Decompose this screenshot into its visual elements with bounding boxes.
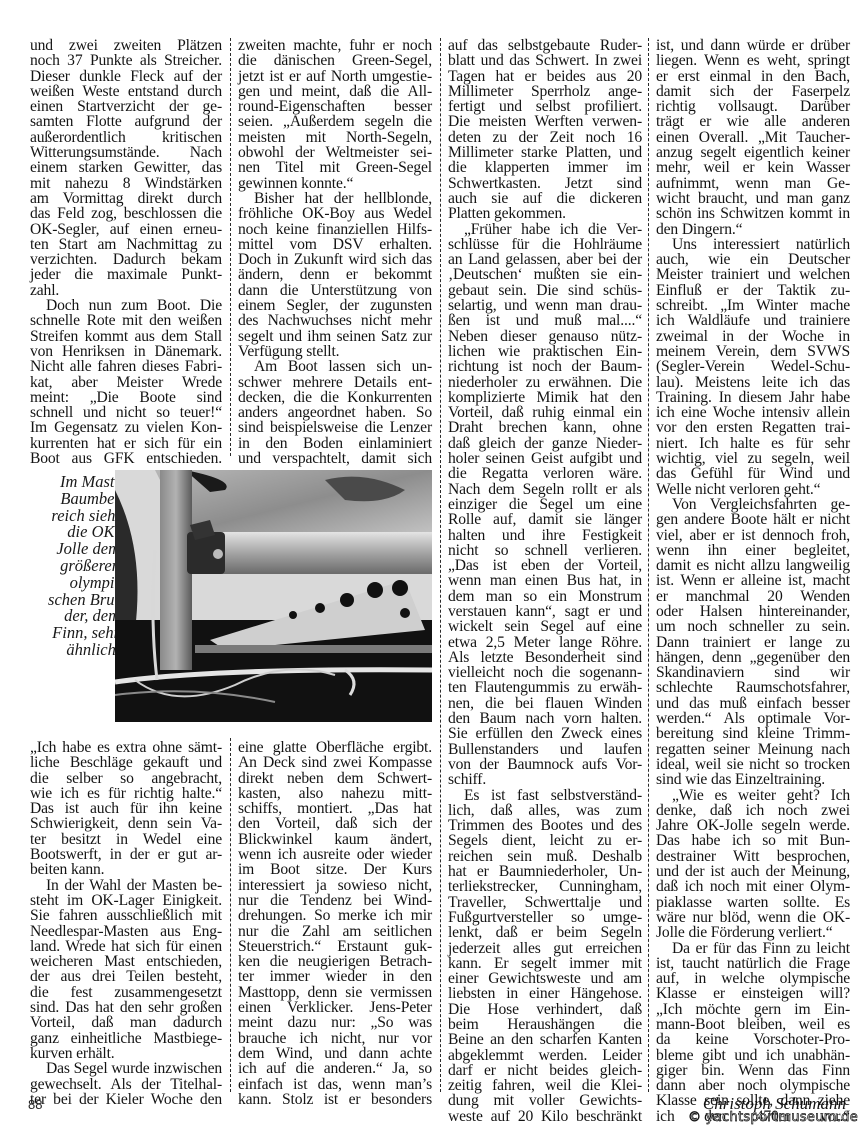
text-line: einem Segler, der zugunsten	[238, 298, 432, 313]
text-line: trägt er wie alle anderen	[656, 114, 850, 129]
text-line: ist. Wenn er alleine ist, macht	[656, 573, 850, 588]
text-line: nicht so schnell verlieren.	[448, 543, 642, 558]
text-line: kurrenten hat er sich für ein	[30, 436, 222, 451]
text-line: Verfügung stellt.	[238, 344, 432, 359]
text-line: Masttopp, denn sie vermissen	[238, 985, 432, 1000]
text-line: Schwierigkeit, denn sein Va-	[30, 816, 222, 831]
text-line: einen Startverzicht der ge-	[30, 99, 222, 114]
text-line: In der Wahl der Masten be-	[30, 878, 222, 893]
article-column-2-top: zweiten machte, fuhr er nochdie dänische…	[238, 38, 432, 466]
text-line: Fußgurtversteller so umge-	[448, 910, 642, 925]
text-line: wenn man einen Bus hat, in	[448, 573, 642, 588]
text-line: da keine Vorschoter-Pro-	[656, 1032, 850, 1047]
text-line: anzug segelt eigentlich keiner	[656, 145, 850, 160]
text-line: piaklasse warten sollte. Es	[656, 895, 850, 910]
text-line: wäre nur blöd, wenn die OK-	[656, 910, 850, 925]
text-line: Skandinaviern sind wir	[656, 665, 850, 680]
text-line: dung mit voller Gewichts-	[448, 1093, 642, 1108]
text-line: die klapperten immer im	[448, 160, 642, 175]
text-line: zeitig fahren, weil die Klei-	[448, 1078, 642, 1093]
text-line: auch, wie ein Deutscher	[656, 252, 850, 267]
text-line: oder Halsen hintereinander,	[656, 604, 850, 619]
text-line: Das habe ich so mit Bun-	[656, 833, 850, 848]
text-line: Needlespar-Masten aus Eng-	[30, 924, 222, 939]
text-line: auch sie auf die dickeren	[448, 191, 642, 206]
text-line: kann. Er segelt immer mit	[448, 956, 642, 971]
text-line: mit nahezu 8 Windstärken	[30, 176, 222, 191]
text-line: verzichten. Dadurch bekam	[30, 252, 222, 267]
text-line: schiff.	[448, 772, 642, 787]
text-line: einen Overall. „Mit Taucher-	[656, 130, 850, 145]
text-line: brauche ich nicht, nur vor	[238, 1031, 432, 1046]
text-line: niert. Ich halte es für sehr	[656, 436, 850, 451]
text-line: Die meisten Werften verwen-	[448, 114, 642, 129]
text-line: Schwertkasten. Jetzt sind	[448, 176, 642, 191]
text-line: bereitung sind kleine Trimm-	[656, 726, 850, 741]
text-line: Segels dient, leicht zu er-	[448, 833, 642, 848]
text-line: Von Vergleichsfahrten ge-	[656, 497, 850, 512]
text-line: Bisher hat der hellblonde,	[238, 191, 432, 206]
text-line: schnell und nicht so teuer!“	[30, 405, 222, 420]
text-line: im Boot sitze. Der Kurs	[238, 862, 432, 877]
boat-fitting-photo-illustration	[115, 470, 432, 722]
text-line: terliekstrecker, Cunningham,	[448, 879, 642, 894]
text-line: Dann trainiert er lange zu	[656, 635, 850, 650]
text-line: meinem Verein, dem SVWS	[656, 344, 850, 359]
text-line: wenn ich ausreite oder wieder	[238, 847, 432, 862]
text-line: den Dingern.“	[656, 222, 850, 237]
text-line: die fest zusammengesetzt	[30, 985, 222, 1000]
text-line: ter bei der Kieler Woche den	[30, 1092, 222, 1107]
text-line: daß gleich der ganze Nieder-	[448, 436, 642, 451]
text-line: drehungen. So merke ich mir	[238, 908, 432, 923]
text-line: Bootswerft, in der er gut ar-	[30, 847, 222, 862]
text-line: fertigt und selbst profiliert.	[448, 99, 642, 114]
column-rule	[230, 38, 231, 456]
text-line: werden.“ Als optimale Vor-	[656, 711, 850, 726]
text-line: Traveller, Schwerttalje und	[448, 895, 642, 910]
text-line: regatten seiner Meinung nach	[656, 742, 850, 757]
text-line: meint: „Die Boote sind	[30, 390, 222, 405]
text-line: schlechte Raumschotsfahrer,	[656, 680, 850, 695]
text-line: richtig vollsaugt. Darüber	[656, 99, 850, 114]
text-line: anders angeordnet haben. So	[238, 405, 432, 420]
text-line: Millimeter starke Platten, und	[448, 145, 642, 160]
text-line: schnelle Rote mit den weißen	[30, 313, 222, 328]
text-line: nen Titel mit Green-Segel	[238, 160, 432, 175]
text-line: ter besitzt in Wedel eine	[30, 832, 222, 847]
text-line: Das Segel wurde inzwischen	[30, 1061, 222, 1076]
text-line: aufnimmt, wenn man Ge-	[656, 176, 850, 191]
photo-caption: Im Mast-Baumbe-reich siehtdie OK-Jolle d…	[24, 474, 120, 659]
text-line: Vorteil, daß man dadurch	[30, 1015, 222, 1030]
text-line: Am Boot lassen sich un-	[238, 359, 432, 374]
text-line: einziger die Segel um eine	[448, 497, 642, 512]
text-line: die selber so angebracht,	[30, 771, 222, 786]
text-line: sind beispielsweise die Lenzer	[238, 420, 432, 435]
text-line: damit es nicht allzu langweilig	[656, 558, 850, 573]
text-line: ßen ist und muß mal....“	[448, 313, 642, 328]
text-line: meisten mit North-Segeln,	[238, 130, 432, 145]
text-line: liebsten in einer Hängehose.	[448, 986, 642, 1001]
article-column-4: ist, und dann würde er drüberliegen. Wen…	[656, 38, 850, 1124]
text-line: ich auf die anderen.“ Ja, so	[238, 1061, 432, 1076]
text-line: ten Start am Nachmittag zu	[30, 237, 222, 252]
text-line: einfach ist das, wenn man’s	[238, 1077, 432, 1092]
text-line: ganz einheitliche Mastbiege-	[30, 1031, 222, 1046]
text-line: gewinnen konnte.“	[238, 176, 432, 191]
text-line: am Vormittag direkt durch	[30, 191, 222, 206]
text-line: Dieser dunkle Fleck auf der	[30, 69, 222, 84]
text-line: kasten, also nahezu mitt-	[238, 786, 432, 801]
text-line: ken die neugierigen Betrach-	[238, 954, 432, 969]
text-line: „Ich möchte gern im Ein-	[656, 1002, 850, 1017]
text-line: vielleicht noch die sogenann-	[448, 665, 642, 680]
text-line: Draht brechen kann, ohne	[448, 420, 642, 435]
text-line: jeder die maximale Punkt-	[30, 267, 222, 282]
text-line: Rolle auf, damit sie länger	[448, 512, 642, 527]
text-line: Vorteil, daß ruhig einmal ein	[448, 405, 642, 420]
text-line: er manchmal 20 Wenden	[656, 589, 850, 604]
text-line: Jolle die Förderung verliert.“	[656, 925, 850, 940]
text-line: denke, daß ich noch zwei	[656, 803, 850, 818]
text-line: die dänischen Green-Segel,	[238, 53, 432, 68]
text-line: Uns interessiert natürlich	[656, 237, 850, 252]
watermark: © yachtsportmuseum.de	[688, 1110, 858, 1125]
text-line: Nach dem Segeln rollt er als	[448, 482, 642, 497]
text-line: abgeklemmt werden. Leider	[448, 1048, 642, 1063]
text-line: wicht braucht, und man ganz	[656, 191, 850, 206]
text-line: schwer mehrere Details ent-	[238, 375, 432, 390]
article-column-2-bottom: eine glatte Oberfläche ergibt.An Deck si…	[238, 740, 432, 1107]
text-line: Witterungsumstände. Nach	[30, 145, 222, 160]
text-line: kann. Stolz ist er besonders	[238, 1092, 432, 1107]
text-line: mann-Boot bleiben, weil es	[656, 1017, 850, 1032]
text-line: mehr, weil er kein Wasser	[656, 160, 850, 175]
text-line: komplizierte Mimik hat den	[448, 390, 642, 405]
text-line: Steuerstrich.“ Erstaunt guk-	[238, 939, 432, 954]
text-line: Bullenstanders und laufen	[448, 742, 642, 757]
text-line: ten Flautengummis zu erwäh-	[448, 680, 642, 695]
text-line: schreibt. „Im Winter mache	[656, 298, 850, 313]
text-line: Platten gekommen.	[448, 206, 642, 221]
text-line: etwa 2,5 Meter lange Röhre.	[448, 635, 642, 650]
text-line: hat er Baumniederholer, Un-	[448, 864, 642, 879]
text-line: zahl.	[30, 283, 222, 298]
text-line: von der Baumnock aufs Vor-	[448, 757, 642, 772]
text-line: Sie erfüllen den Zweck eines	[448, 726, 642, 741]
text-line: ist, taucht natürlich die Frage	[656, 956, 850, 971]
text-line: dem man so ein Monstrum	[448, 589, 642, 604]
text-line: Trimmen des Bootes und des	[448, 818, 642, 833]
text-line: ter immer wieder in den	[238, 969, 432, 984]
text-line: das Feld zog, beschlossen die	[30, 206, 222, 221]
text-line: wie ich es für richtig halte.“	[30, 786, 222, 801]
text-line: Training. In diesem Jahr habe	[656, 390, 850, 405]
text-line: noch keine finanziellen Hilfs-	[238, 222, 432, 237]
text-line: obwohl der Weltmeister sei-	[238, 145, 432, 160]
text-line: Im Gegensatz zu vielen Kon-	[30, 420, 222, 435]
text-line: giger bin. Wenn das Finn	[656, 1063, 850, 1078]
text-line: Die Hose verhindert, daß	[448, 1002, 642, 1017]
article-column-1-bottom: „Ich habe es extra ohne sämt-liche Besch…	[30, 740, 222, 1107]
text-line: schlüsse für die Hohlräume	[448, 237, 642, 252]
column-rule	[648, 38, 649, 1092]
text-line: Einfluß er der Taktik zu-	[656, 283, 850, 298]
text-line: Doch nun zum Boot. Die	[30, 298, 222, 313]
text-line: Nicht alle fahren dieses Fabri-	[30, 359, 222, 374]
text-line: verstauen kann“, sagt er und	[448, 604, 642, 619]
text-line: Es ist fast selbstverständ-	[448, 788, 642, 803]
text-line: richtung ist noch der Baum-	[448, 359, 642, 374]
photo-mast-boom-fitting	[115, 470, 432, 722]
text-line: nen, die bei flauen Winden	[448, 696, 642, 711]
text-line: land. Wrede hat sich für einen	[30, 939, 222, 954]
text-line: die Regatta verloren wäre.	[448, 466, 642, 481]
text-line: darf er nicht beides gleich-	[448, 1063, 642, 1078]
text-line: OK-Segler, auf einen erneu-	[30, 222, 222, 237]
text-line: gen andere Boote hält er nicht	[656, 512, 850, 527]
text-line: schiffs, montiert. „Das hat	[238, 801, 432, 816]
text-line: Millimeter Sperrholz ange-	[448, 84, 642, 99]
text-line: Da er für das Finn zu leicht	[656, 941, 850, 956]
text-line: und der ist auch der Meinung,	[656, 864, 850, 879]
text-line: Beine an den scharfen Kanten	[448, 1032, 642, 1047]
text-line: sind. Das hat den sehr großen	[30, 1000, 222, 1015]
text-line: sind wie das Einzeltraining.	[656, 772, 850, 787]
text-line: Sie fahren ausschließlich mit	[30, 908, 222, 923]
text-line: jederzeit alles gut erreichen	[448, 941, 642, 956]
text-line: lich, daß alles, was zum	[448, 803, 642, 818]
article-column-1-top: und zwei zweiten Plätzennoch 37 Punkte a…	[30, 38, 222, 466]
text-line: liche Beschläge gekauft und	[30, 755, 222, 770]
text-line: Meister trainiert und welchen	[656, 267, 850, 282]
text-line: beim Heraushängen die	[448, 1017, 642, 1032]
text-line: blatt und das Schwert. In zwei	[448, 53, 642, 68]
text-line: „Ich habe es extra ohne sämt-	[30, 740, 222, 755]
text-line: weißen Weste entstand durch	[30, 84, 222, 99]
text-line: Klasse er einsteigen will?	[656, 986, 850, 1001]
text-line: um noch schneller zu sein.	[656, 619, 850, 634]
column-rule	[230, 738, 231, 1092]
text-line: außerordentlich kritischen	[30, 130, 222, 145]
text-line: einen Verklicker. Jens-Peter	[238, 1000, 432, 1015]
text-line: kurven erhält.	[30, 1046, 222, 1061]
text-line: den Baum nach vorn halten.	[448, 711, 642, 726]
text-line: das Gefühl für Wind und	[656, 466, 850, 481]
text-line: damit sich der Faserpelz	[656, 84, 850, 99]
text-line: „Das ist eben der Vorteil,	[448, 558, 642, 573]
text-line: Boot aus GFK entschieden.	[30, 451, 222, 466]
page-number: 88	[28, 1097, 42, 1112]
text-line: wickelt sein Segel auf eine	[448, 619, 642, 634]
text-line: niederholer zu erwähnen. Die	[448, 375, 642, 390]
text-line: er erst einmal in den Bach,	[656, 69, 850, 84]
text-line: „Früher habe ich die Ver-	[448, 222, 642, 237]
text-line: viel, aber er ist dennoch froh,	[656, 528, 850, 543]
text-line: auf das selbstgebaute Ruder-	[448, 38, 642, 53]
text-line: beiten kann.	[30, 862, 222, 877]
text-line: Jahre OK-Jolle segeln werde.	[656, 818, 850, 833]
text-line: einer Gewichtsweste und am	[448, 971, 642, 986]
text-line: interessiert ja sowieso nicht,	[238, 878, 432, 893]
text-line: an Land gelassen, aber bei der	[448, 252, 642, 267]
text-line: bleme gibt und ich unabhän-	[656, 1048, 850, 1063]
text-line: gebaut sein. Die sind schüs-	[448, 283, 642, 298]
text-line: hängen, denn „gegenüber den	[656, 650, 850, 665]
text-line: vor den ersten Regatten trai-	[656, 420, 850, 435]
text-line: und verspachtelt, damit sich	[238, 451, 432, 466]
text-line: reichen sein muß. Deshalb	[448, 849, 642, 864]
text-line: und das muß einfach besser	[656, 696, 850, 711]
text-line: halten und ihre Festigkeit	[448, 528, 642, 543]
text-line: segelt und ihm seinen Satz zur	[238, 329, 432, 344]
text-line: An Deck sind zwei Kompasse	[238, 755, 432, 770]
text-line: steht im OK-Lager Einigkeit.	[30, 893, 222, 908]
text-line: ich eine Woche intensiv allein	[656, 405, 850, 420]
text-line: weste auf 20 Kilo beschränkt	[448, 1109, 642, 1124]
text-line: einem starken Gewitter, das	[30, 160, 222, 175]
text-line: dem Wind, und dann achte	[238, 1046, 432, 1061]
text-line: samten Flotte aufgrund der	[30, 114, 222, 129]
text-line: gewechselt. Als der Titelhal-	[30, 1077, 222, 1092]
text-line: dann die Unterstützung von	[238, 283, 432, 298]
article-column-3: auf das selbstgebaute Ruder-blatt und da…	[448, 38, 642, 1124]
text-line: weicheren Mast entschieden,	[30, 954, 222, 969]
text-line: den Vorteil, daß sich der	[238, 816, 432, 831]
text-line: in den Boden einlaminiert	[238, 436, 432, 451]
text-line: lichen wie praktischen Ein-	[448, 344, 642, 359]
text-line: ändern, denn er bekommt	[238, 267, 432, 282]
text-line: der aus drei Teilen besteht,	[30, 969, 222, 984]
text-line: ist, und dann würde er drüber	[656, 38, 850, 53]
text-line: fröhliche OK-Boy aus Wedel	[238, 206, 432, 221]
text-line: (Segler-Verein Wedel-Schu-	[656, 359, 850, 374]
text-line: zweimal in der Woche in	[656, 329, 850, 344]
text-line: gen und meint, daß die All-	[238, 84, 432, 99]
text-line: dann aber noch olympische	[656, 1078, 850, 1093]
text-line: Das ist auch für ihn keine	[30, 801, 222, 816]
text-line: eine glatte Oberfläche ergibt.	[238, 740, 432, 755]
text-line: destrainer Witt besprochen,	[656, 849, 850, 864]
text-line: und zwei zweiten Plätzen	[30, 38, 222, 53]
column-rule	[440, 470, 441, 1092]
caption-line: ähnlich.	[24, 642, 120, 659]
text-line: lau). Meistens leite ich das	[656, 375, 850, 390]
text-line: des Nachwuchses nicht mehr	[238, 313, 432, 328]
text-line: kat, aber Meister Wrede	[30, 375, 222, 390]
text-line: zweiten machte, fuhr er noch	[238, 38, 432, 53]
text-line: seien. „Außerdem segeln die	[238, 114, 432, 129]
text-line: daß ich noch mit einer Olym-	[656, 879, 850, 894]
text-line: liegen. Wenn es weht, springt	[656, 53, 850, 68]
text-line: Streifen kommt aus dem Stall	[30, 329, 222, 344]
text-line: nur die Zahl am seitlichen	[238, 924, 432, 939]
text-line: ‚Deutschen‘ mußten sie ein-	[448, 267, 642, 282]
text-line: von Henriksen in Dänemark.	[30, 344, 222, 359]
text-line: Doch in Zukunft wird sich das	[238, 252, 432, 267]
column-rule	[440, 38, 441, 468]
text-line: direkt neben dem Schwert-	[238, 771, 432, 786]
text-line: decken, die die Konkurrenten	[238, 390, 432, 405]
text-line: jetzt ist er auf North umgestie-	[238, 69, 432, 84]
text-line: Neben dieser genauso nütz-	[448, 329, 642, 344]
text-line: ich Waldläufe und trainiere	[656, 313, 850, 328]
text-line: ideal, weil sie nicht so trocken	[656, 757, 850, 772]
text-line: lenkt, daß er beim Segeln	[448, 925, 642, 940]
text-line: nur die Tendenz bei Wind-	[238, 893, 432, 908]
text-line: selartig, und wenn man drau-	[448, 298, 642, 313]
text-line: round-Eigenschaften besser	[238, 99, 432, 114]
text-line: Welle nicht verloren geht.“	[656, 482, 850, 497]
text-line: Als letzte Besonderheit sind	[448, 650, 642, 665]
text-line: auf, in welche olympische	[656, 971, 850, 986]
text-line: wichtig, viel zu segeln, weil	[656, 451, 850, 466]
text-line: noch 37 Punkte als Streicher.	[30, 53, 222, 68]
text-line: schön ins Schwitzen kommt in	[656, 206, 850, 221]
text-line: mittel vom DSV erhalten.	[238, 237, 432, 252]
text-line: Tagen hat er beides aus 20	[448, 69, 642, 84]
text-line: wenn ihn einer begleitet,	[656, 543, 850, 558]
text-line: meint dazu nur: „So was	[238, 1015, 432, 1030]
text-line: Blickwinkel kaum ändert,	[238, 832, 432, 847]
text-line: deten zu der Zeit noch 16	[448, 130, 642, 145]
text-line: holer seinen Geist aufgibt und	[448, 451, 642, 466]
text-line: „Wie es weiter geht? Ich	[656, 788, 850, 803]
